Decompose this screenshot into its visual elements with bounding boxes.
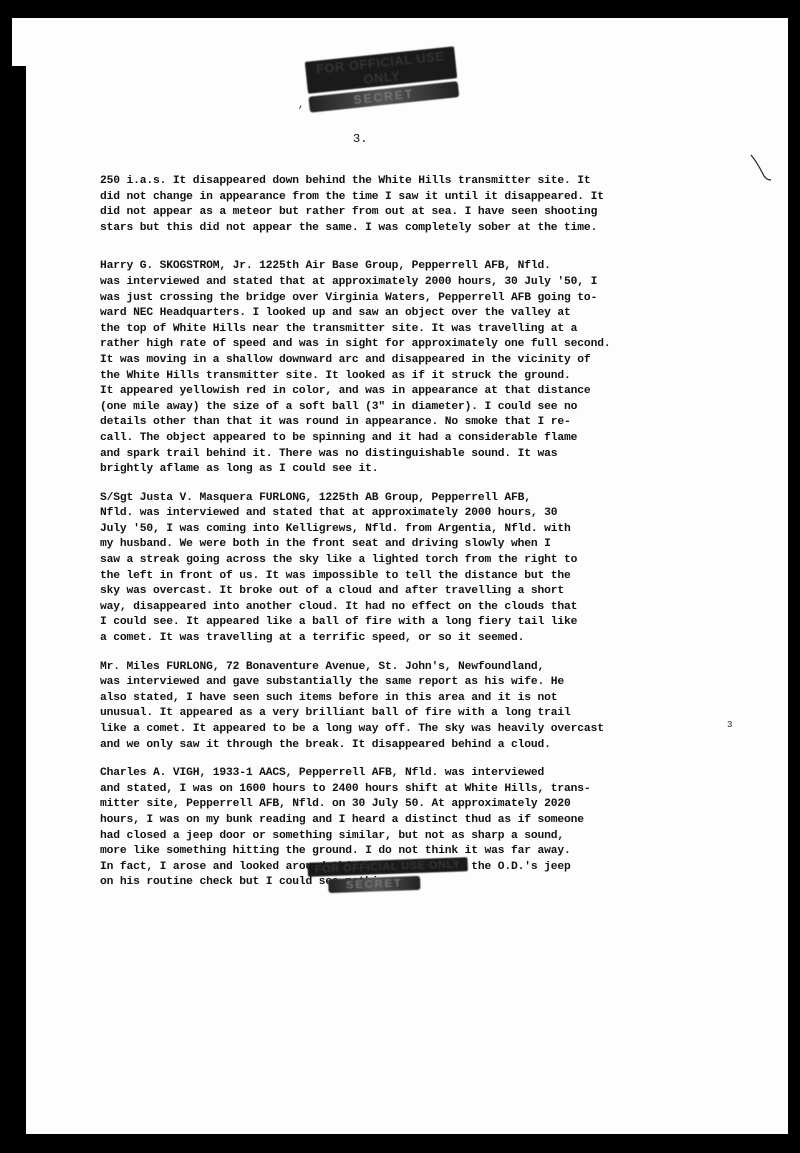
classification-stamp-header: FOR OFFICIAL USE ONLY SECRET (305, 46, 460, 112)
classification-stamp-footer: FOR OFFICIAL USE ONLY SECRET (308, 857, 469, 894)
document-body: 250 i.a.s. It disappeared down behind th… (100, 174, 700, 904)
stray-mark: , (298, 100, 304, 111)
paragraph-mr-furlong-statement: Mr. Miles FURLONG, 72 Bonaventure Avenue… (100, 660, 700, 754)
page-number: 3. (353, 132, 367, 146)
document-page: FOR OFFICIAL USE ONLY SECRET , 3. 3 250 … (12, 18, 788, 1134)
paragraph-mrs-furlong-statement: S/Sgt Justa V. Masquera FURLONG, 1225th … (100, 491, 700, 647)
paragraph-skogstrom-statement: Harry G. SKOGSTROM, Jr. 1225th Air Base … (100, 259, 700, 477)
scan-edge (12, 66, 26, 1136)
paragraph-continuation: 250 i.a.s. It disappeared down behind th… (100, 174, 700, 236)
pen-stroke-mark (750, 154, 772, 182)
margin-mark: 3 (727, 720, 732, 730)
